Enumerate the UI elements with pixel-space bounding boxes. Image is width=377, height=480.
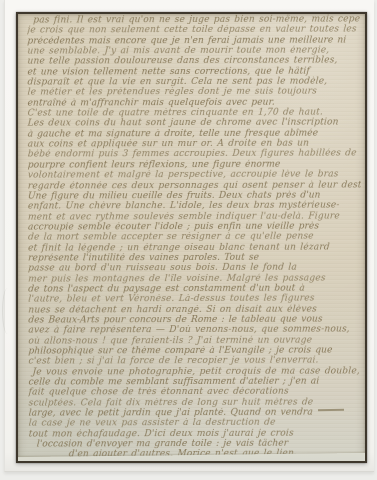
handwriting-line: c'est bien ; si j'ai la force de le reco… (28, 356, 362, 368)
margin-curve-mark (2, 288, 13, 334)
letter-paper: pas fini. Il est vrai qu'on ne se juge p… (18, 14, 365, 461)
handwriting-line: passe au bord d'un ruisseau sous bois. D… (28, 263, 362, 275)
handwriting-line: de la mort semble accepter se résigner à… (28, 232, 362, 244)
handwriting-line: enfant. Une chèvre blanche. L'idole, les… (28, 201, 362, 213)
scan-backdrop: pas fini. Il est vrai qu'on ne se juge p… (0, 0, 377, 480)
handwriting-block: pas fini. Il est vrai qu'on ne se juge p… (27, 14, 362, 460)
mount-frame: pas fini. Il est vrai qu'on ne se juge p… (16, 12, 367, 463)
handwriting-line: l'autre, bleu et vert Véronèse. Là-dessu… (28, 294, 362, 306)
handwriting-line: je crois que non seulement cette toile d… (27, 25, 361, 37)
handwriting-line: avez à faire représentera — D'où venons-… (28, 325, 362, 337)
handwriting-line: une telle passion douloureuse dans des c… (27, 56, 361, 68)
handwriting-line: volontairement et malgré la perspective,… (27, 170, 361, 182)
handwriting-line: fait quelque chose de très étonnant avec… (28, 387, 362, 399)
